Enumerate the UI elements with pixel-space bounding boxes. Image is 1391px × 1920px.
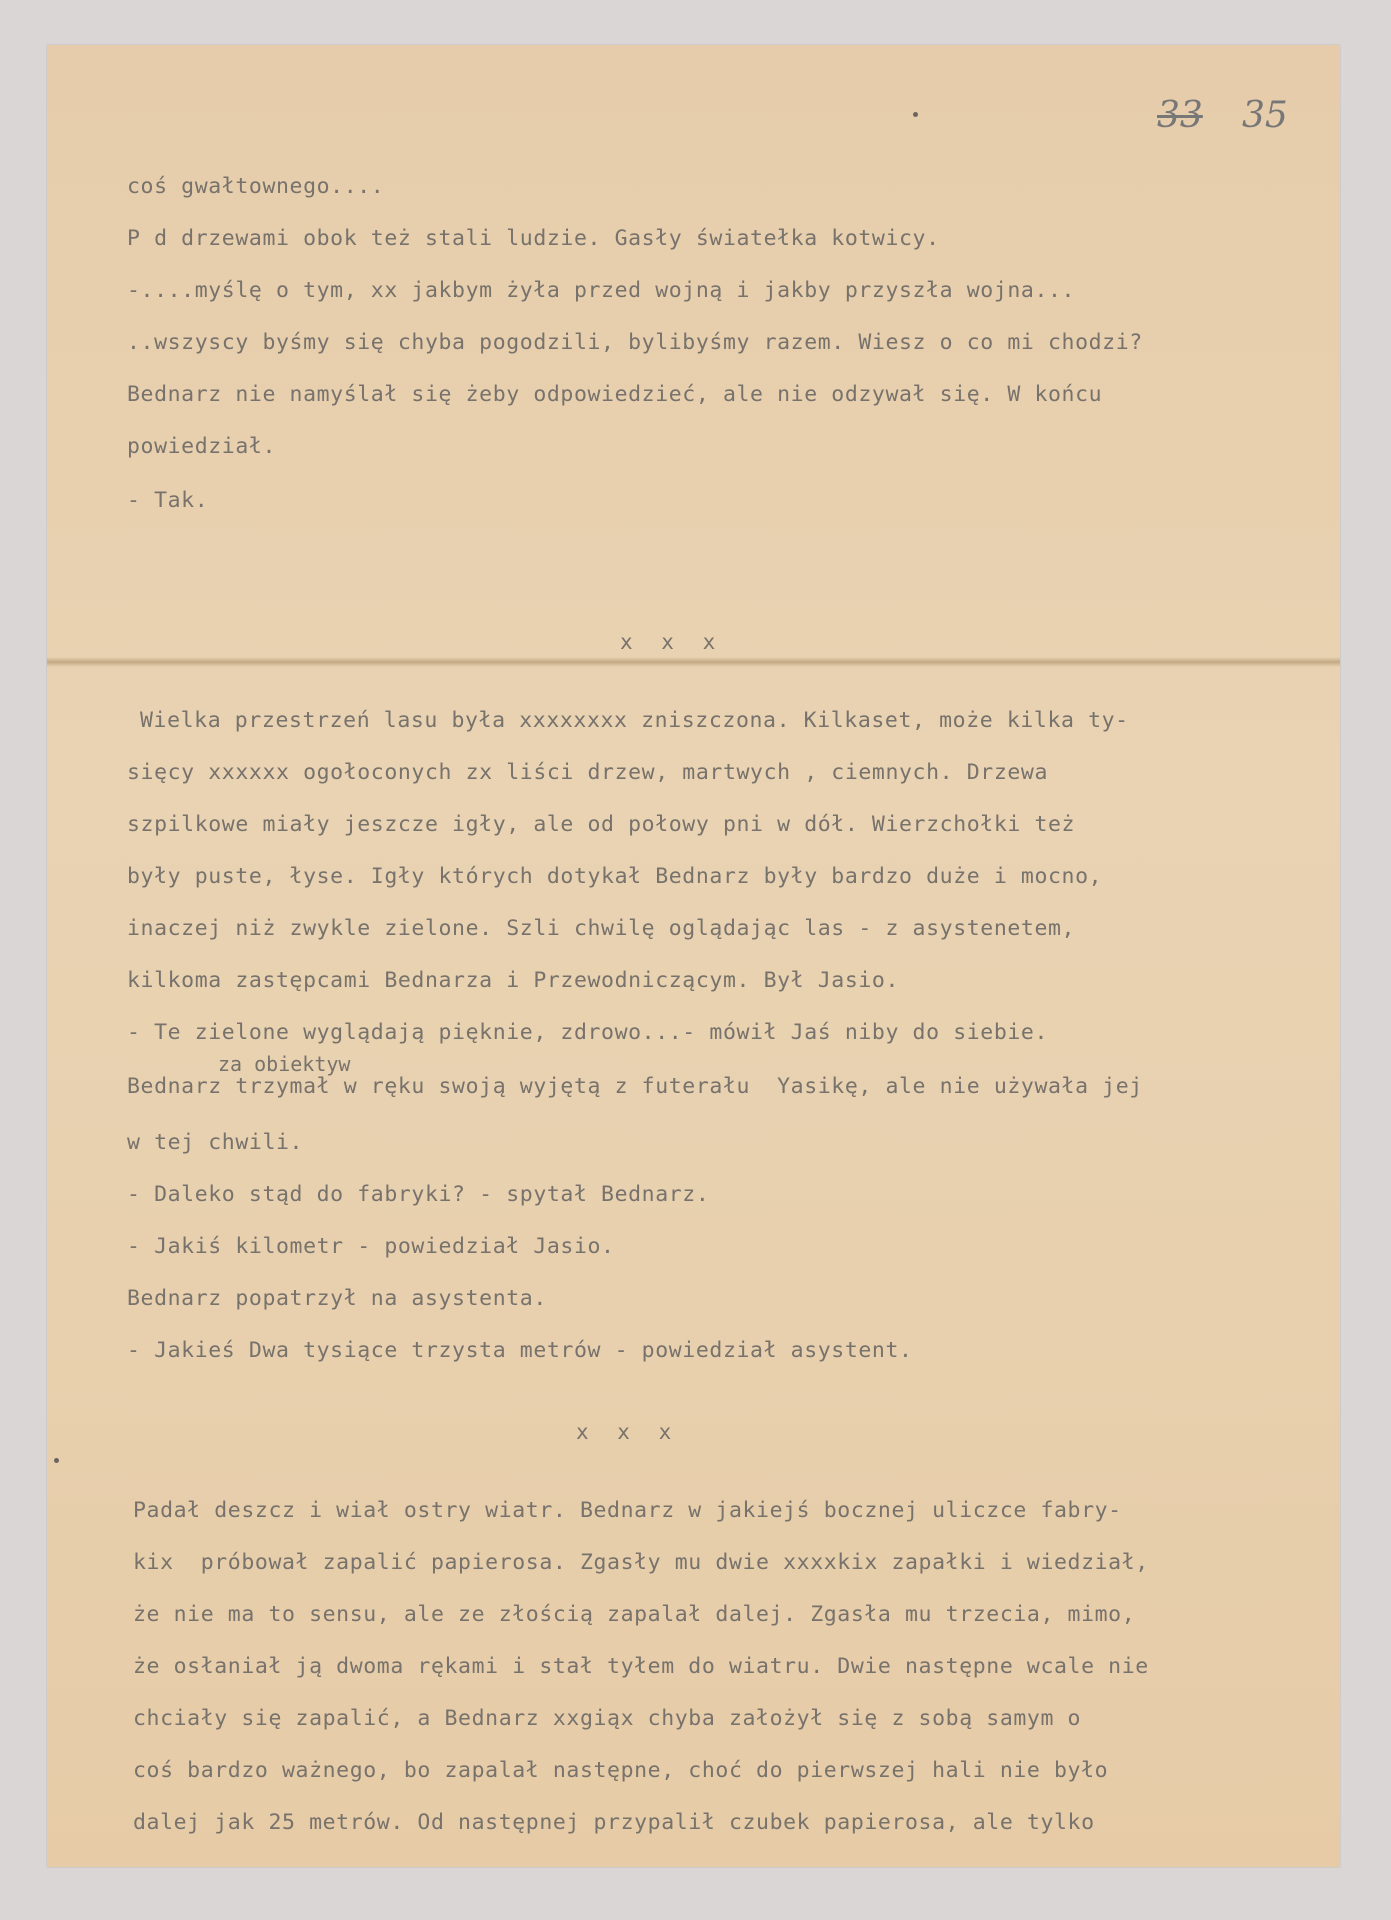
text-line: Wielka przestrzeń lasu była xxxxxxxx zni… [140, 708, 1129, 733]
text-line: Bednarz trzymał w ręku swoją wyjętą z fu… [127, 1074, 1143, 1099]
text-line: - Jakieś Dwa tysiące trzysta metrów - po… [127, 1338, 913, 1363]
section-separator: x x x [576, 1420, 679, 1444]
text-line: Padał deszcz i wiał ostry wiatr. Bednarz… [133, 1498, 1122, 1523]
handwritten-insertion: za obiektyw [218, 1052, 350, 1076]
text-line: szpilkowe miały jeszcze igły, ale od poł… [127, 812, 1075, 837]
text-line: w tej chwili. [127, 1130, 303, 1155]
text-line: kilkoma zastępcami Bednarza i Przewodnic… [127, 968, 899, 993]
text-line: sięcy xxxxxx ogołoconych zx liści drzew,… [127, 760, 1048, 785]
text-line: - Tak. [127, 488, 208, 513]
text-line: ..wszyscy byśmy się chyba pogodzili, byl… [127, 330, 1143, 355]
text-line: Bednarz nie namyślał się żeby odpowiedzi… [127, 382, 1102, 407]
page-number-struck: 33 [1157, 95, 1203, 136]
text-line: -....myślę o tym, xx jakbym żyła przed w… [127, 278, 1075, 303]
paper-fold-crease [47, 657, 1340, 667]
text-line: dalej jak 25 metrów. Od następnej przypa… [133, 1810, 1095, 1835]
text-line: - Daleko stąd do fabryki? - spytał Bedna… [127, 1182, 709, 1207]
text-line: powiedział. [127, 434, 276, 459]
page-number: 35 [1242, 95, 1288, 136]
section-separator: x x x [620, 630, 723, 654]
text-line: Bednarz popatrzył na asystenta. [127, 1286, 547, 1311]
text-line: coś gwałtownego.... [127, 174, 384, 199]
text-line: - Te zielone wyglądają pięknie, zdrowo..… [127, 1020, 1048, 1045]
text-line: P d drzewami obok też stali ludzie. Gasł… [127, 226, 940, 251]
text-line: kix próbował zapalić papierosa. Zgasły m… [133, 1550, 1149, 1575]
text-line: inaczej niż zwykle zielone. Szli chwilę … [127, 916, 1075, 941]
text-line: były puste, łyse. Igły których dotykał B… [127, 864, 1102, 889]
ink-speck [54, 1458, 59, 1463]
typewritten-page: 33 35 [47, 45, 1340, 1867]
text-line: chciały się zapalić, a Bednarz xxgiąx ch… [133, 1706, 1081, 1731]
ink-speck [913, 112, 918, 117]
text-line: - Jakiś kilometr - powiedział Jasio. [127, 1234, 615, 1259]
text-line: coś bardzo ważnego, bo zapalał następne,… [133, 1758, 1108, 1783]
text-line: że nie ma to sensu, ale ze złością zapal… [133, 1602, 1135, 1627]
text-line: że osłaniał ją dwoma rękami i stał tyłem… [133, 1654, 1149, 1679]
